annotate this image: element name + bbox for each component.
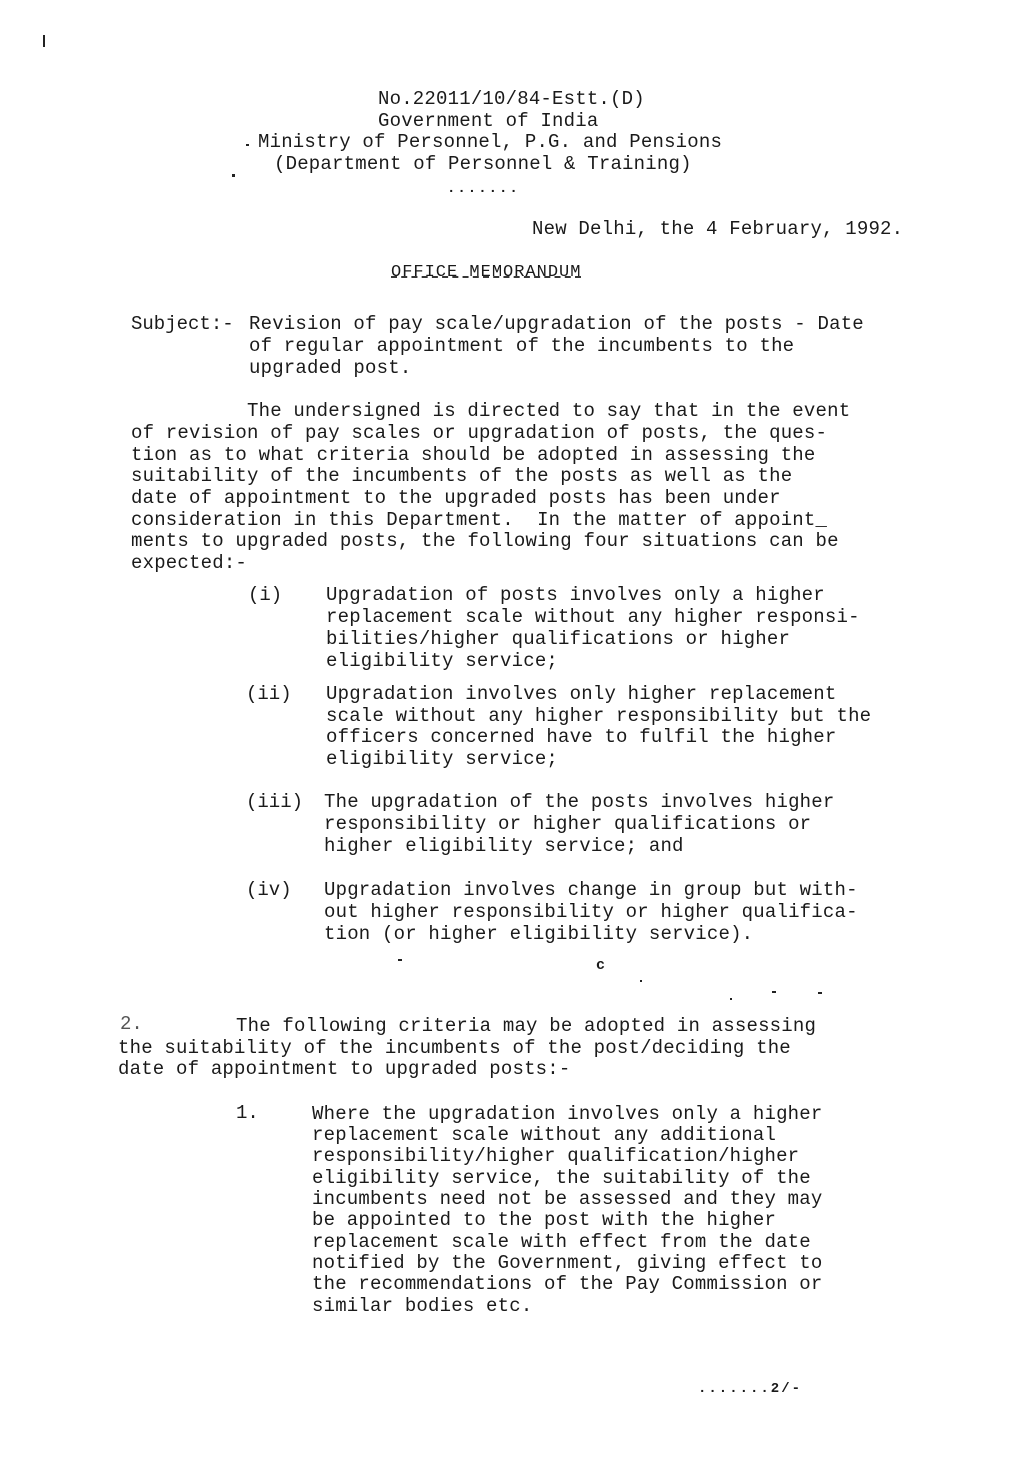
- situation-marker: (iii): [246, 791, 303, 813]
- scan-mark: [232, 174, 235, 177]
- scan-mark: [640, 980, 642, 982]
- situation-line: replacement scale without any higher res…: [326, 606, 860, 628]
- ministry-name: Ministry of Personnel, P.G. and Pensions: [258, 131, 722, 153]
- subject-line: Revision of pay scale/upgradation of the…: [249, 313, 864, 335]
- criteria-line: replacement scale with effect from the d…: [312, 1231, 811, 1253]
- situation-marker: (iv): [246, 879, 292, 901]
- situation-line: The upgradation of the posts involves hi…: [324, 791, 834, 813]
- criteria-line: incumbents need not be assessed and they…: [312, 1188, 822, 1210]
- page-continuation: .......2/-: [698, 1378, 802, 1400]
- paragraph-line: consideration in this Department. In the…: [131, 509, 827, 531]
- criteria-line: notified by the Government, giving effec…: [312, 1252, 822, 1274]
- paragraph-line: the suitability of the incumbents of the…: [118, 1037, 791, 1059]
- criteria-marker: 1.: [236, 1102, 259, 1124]
- situation-line: eligibility service;: [326, 650, 558, 672]
- criteria-line: eligibility service, the suitability of …: [312, 1167, 811, 1189]
- scan-mark: [43, 35, 45, 47]
- memorandum-page: No.22011/10/84-Estt.(D) Government of In…: [0, 0, 1029, 1470]
- paragraph-line: date of appointment to the upgraded post…: [131, 487, 781, 509]
- paragraph-line: expected:-: [131, 552, 247, 574]
- criteria-line: replacement scale without any additional: [312, 1124, 776, 1146]
- situation-line: Upgradation of posts involves only a hig…: [326, 584, 825, 606]
- situation-line: scale without any higher responsibility …: [326, 705, 871, 727]
- situation-line: officers concerned have to fulfil the hi…: [326, 726, 836, 748]
- situation-marker: (ii): [246, 683, 292, 705]
- paragraph-number: 2.: [120, 1013, 143, 1035]
- department-name: (Department of Personnel & Training): [274, 153, 692, 175]
- criteria-line: be appointed to the post with the higher: [312, 1209, 776, 1231]
- scan-mark: [246, 144, 249, 146]
- file-number: No.22011/10/84-Estt.(D): [378, 88, 645, 110]
- criteria-line: similar bodies etc.: [312, 1295, 532, 1317]
- subject-line: of regular appointment of the incumbents…: [249, 335, 794, 357]
- situation-line: bilities/higher qualifications or higher: [326, 628, 790, 650]
- subject-line: upgraded post.: [249, 357, 411, 379]
- subject-label: Subject:-: [131, 313, 234, 335]
- date-line: New Delhi, the 4 February, 1992.: [532, 218, 903, 240]
- situation-line: tion (or higher eligibility service).: [324, 923, 753, 945]
- scan-mark: [818, 992, 822, 994]
- situation-line: higher eligibility service; and: [324, 835, 684, 857]
- paragraph-line: The undersigned is directed to say that …: [247, 400, 850, 422]
- header-separator: .......: [447, 178, 520, 200]
- document-title: OFFICE MEMORANDUM: [391, 262, 581, 284]
- situation-line: eligibility service;: [326, 748, 558, 770]
- paragraph-line: ments to upgraded posts, the following f…: [131, 530, 839, 552]
- criteria-line: Where the upgradation involves only a hi…: [312, 1103, 822, 1125]
- paragraph-line: of revision of pay scales or upgradation…: [131, 422, 827, 444]
- paragraph-line: date of appointment to upgraded posts:-: [118, 1058, 570, 1080]
- stray-mark: c: [596, 955, 605, 977]
- scan-mark: [398, 959, 402, 961]
- situation-line: Upgradation involves only higher replace…: [326, 683, 836, 705]
- situation-line: out higher responsibility or higher qual…: [324, 901, 858, 923]
- paragraph-line: tion as to what criteria should be adopt…: [131, 444, 816, 466]
- situation-marker: (i): [248, 584, 282, 606]
- scan-mark: [772, 991, 776, 993]
- criteria-line: the recommendations of the Pay Commissio…: [312, 1273, 822, 1295]
- situation-line: responsibility or higher qualifications …: [324, 813, 811, 835]
- situation-line: Upgradation involves change in group but…: [324, 879, 858, 901]
- paragraph-line: The following criteria may be adopted in…: [236, 1015, 816, 1037]
- paragraph-line: suitability of the incumbents of the pos…: [131, 465, 792, 487]
- criteria-line: responsibility/higher qualification/high…: [312, 1145, 799, 1167]
- scan-mark: [730, 998, 732, 1000]
- government-name: Government of India: [378, 110, 598, 132]
